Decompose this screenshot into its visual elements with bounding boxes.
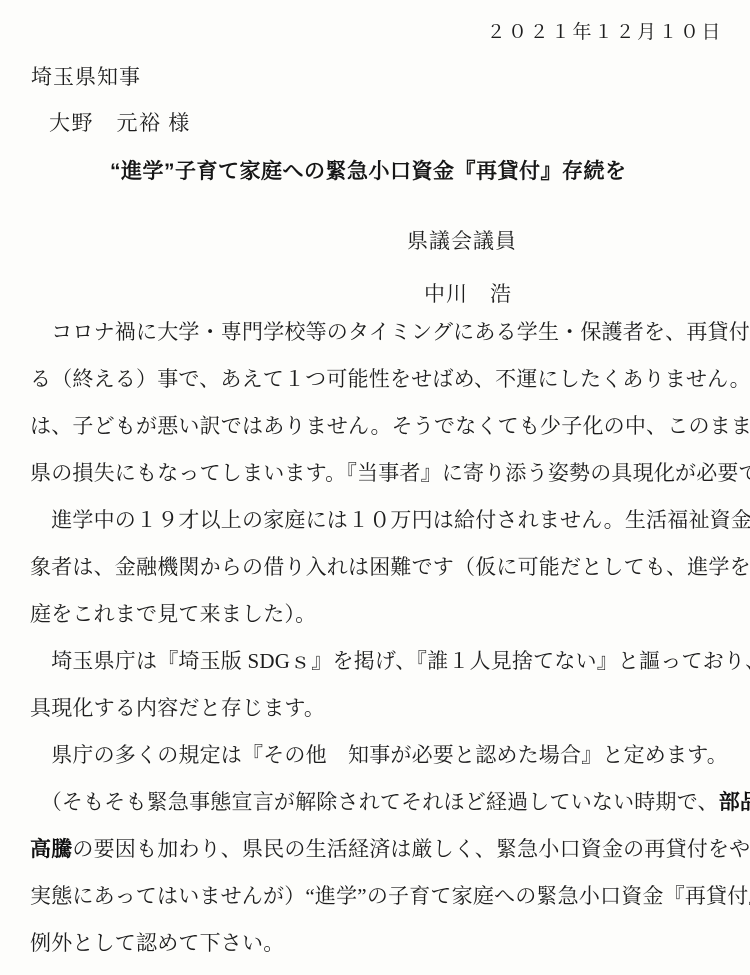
body-line: 例外として認めて下さい。 (30, 920, 732, 967)
document-date: ２０２１年１２月１０日 (486, 17, 723, 44)
body-line-bold-text: 高騰 (30, 837, 72, 861)
body-line-text: は、子どもが悪い訳ではありません。そうでなくても少子化の中、このままでは日本・埼… (30, 414, 750, 438)
body-line: 埼玉県庁は『埼玉版 SDGｓ』を掲げ、『誰１人見捨てない』と謳っており、この点こ… (30, 638, 732, 685)
body-line-text: 具現化する内容だと存じます。 (30, 696, 325, 720)
recipient-title: 埼玉県知事 (31, 61, 141, 91)
body-line: （そもそも緊急事態宣言が解除されてそれほど経過していない時期で、部品不足や石油 (30, 779, 732, 826)
document-body: コロナ禍に大学・専門学校等のタイミングにある学生・保護者を、再貸付を県庁がやめ … (30, 309, 732, 967)
body-line-text: 庭をこれまで見て来ました）。 (30, 602, 316, 626)
sender-role: 県議会議員 (407, 225, 517, 255)
body-line-text: コロナ禍に大学・専門学校等のタイミングにある学生・保護者を、再貸付を県庁がやめ (30, 320, 750, 344)
body-line-text: 県庁の多くの規定は『その他 知事が必要と認めた場合』と定めます。 (30, 743, 728, 767)
scanned-letter-page: ２０２１年１２月１０日 埼玉県知事 大野 元裕 様 “進学”子育て家庭への緊急小… (0, 0, 750, 975)
body-line: 高騰の要因も加わり、県民の生活経済は厳しく、緊急小口資金の再貸付をやめる事自体、 (30, 826, 732, 873)
sender-name: 中川 浩 (424, 278, 512, 308)
body-line: は、子どもが悪い訳ではありません。そうでなくても少子化の中、このままでは日本・埼… (30, 403, 732, 450)
body-line-text: 埼玉県庁は『埼玉版 SDGｓ』を掲げ、『誰１人見捨てない』と謳っており、この点こ… (30, 649, 750, 673)
body-line-text: 進学中の１９才以上の家庭には１０万円は給付されません。生活福祉資金の貸し付け対 (30, 508, 750, 532)
body-line-text: 象者は、金融機関からの借り入れは困難です（仮に可能だとしても、進学をあきらめる家 (30, 555, 750, 579)
body-line: 実態にあってはいませんが）“進学”の子育て家庭への緊急小口資金『再貸付』存続をせ… (30, 873, 732, 920)
body-line: 象者は、金融機関からの借り入れは困難です（仮に可能だとしても、進学をあきらめる家 (30, 544, 732, 591)
body-line: 進学中の１９才以上の家庭には１０万円は給付されません。生活福祉資金の貸し付け対 (30, 497, 732, 544)
body-line-text: 実態にあってはいませんが）“進学”の子育て家庭への緊急小口資金『再貸付』存続をせ… (30, 884, 750, 908)
body-line: 具現化する内容だと存じます。 (30, 685, 732, 732)
body-line: 県庁の多くの規定は『その他 知事が必要と認めた場合』と定めます。 (30, 732, 732, 779)
recipient-name: 大野 元裕 様 (49, 107, 191, 137)
document-title: “進学”子育て家庭への緊急小口資金『再貸付』存続を (110, 155, 627, 185)
body-line: る（終える）事で、あえて１つ可能性をせばめ、不運にしたくありません。コロナ禍なの (30, 356, 732, 403)
body-line-text: 県の損失にもなってしまいます。『当事者』に寄り添う姿勢の具現化が必要です。 (30, 461, 750, 485)
body-line: コロナ禍に大学・専門学校等のタイミングにある学生・保護者を、再貸付を県庁がやめ (30, 309, 732, 356)
body-line-text: 例外として認めて下さい。 (30, 931, 284, 955)
body-line: 県の損失にもなってしまいます。『当事者』に寄り添う姿勢の具現化が必要です。 (30, 450, 732, 497)
body-line-text: （そもそも緊急事態宣言が解除されてそれほど経過していない時期で、 (30, 790, 719, 814)
body-line: 庭をこれまで見て来ました）。 (30, 591, 732, 638)
body-line-bold-text: 部品不足や石油 (719, 790, 750, 814)
body-line-text: の要因も加わり、県民の生活経済は厳しく、緊急小口資金の再貸付をやめる事自体、 (72, 837, 750, 861)
body-line-text: る（終える）事で、あえて１つ可能性をせばめ、不運にしたくありません。コロナ禍なの (30, 367, 750, 391)
